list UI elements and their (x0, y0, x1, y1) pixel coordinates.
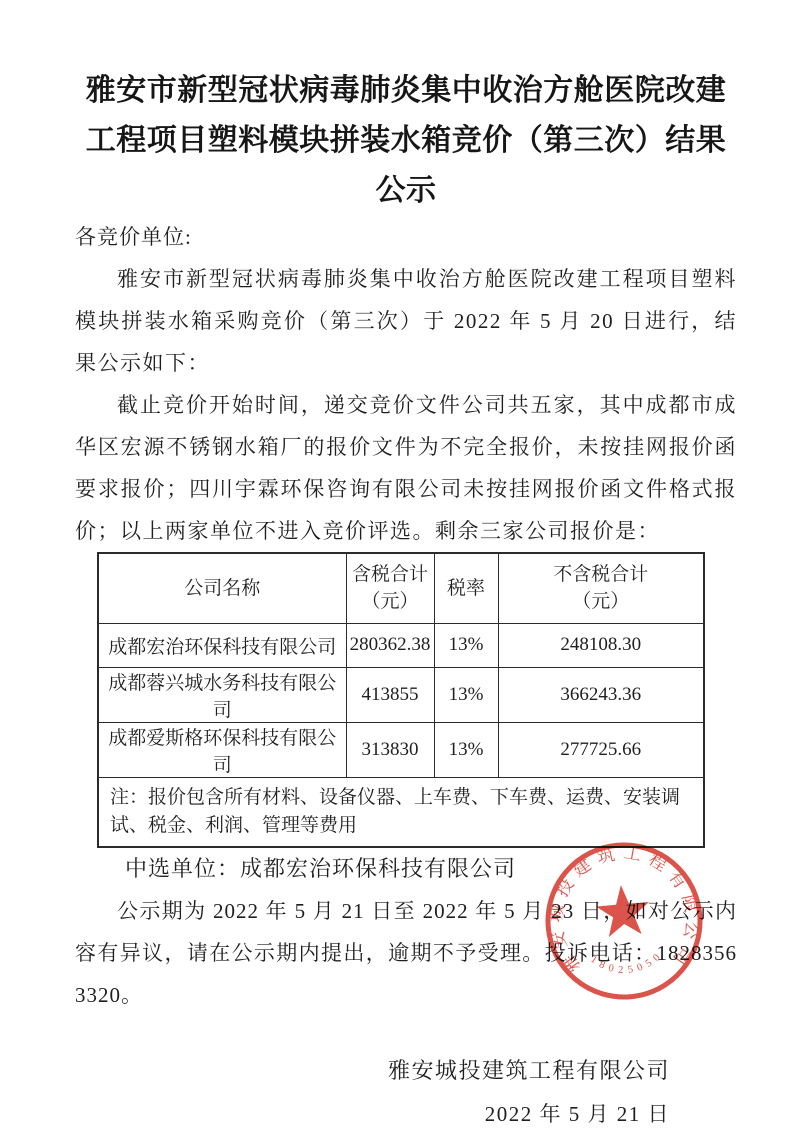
issuer-signature: 雅安城投建筑工程有限公司 (75, 1050, 670, 1092)
publicity-paragraph: 公示期为 2022 年 5 月 21 日至 2022 年 5 月 23 日，如对… (75, 890, 737, 1016)
cell-company: 成都蓉兴城水务科技有限公司 (98, 667, 346, 722)
cell-tax-rate: 13% (434, 667, 498, 722)
cell-total-with-tax: 313830 (346, 722, 434, 777)
cell-company: 成都爱斯格环保科技有限公司 (98, 722, 346, 777)
table-row: 成都宏治环保科技有限公司 280362.38 13% 248108.30 (98, 623, 704, 667)
header-total-without-tax: 不含税合计 （元） (498, 553, 704, 623)
bid-results-table: 公司名称 含税合计 （元） 税率 不含税合计 （元） 成都宏治环保科技有限公司 … (97, 552, 705, 848)
document-title: 雅安市新型冠状病毒肺炎集中收治方舱医院改建工程项目塑料模块拼装水箱竞价（第三次）… (75, 66, 737, 216)
cell-total-without-tax: 366243.36 (498, 667, 704, 722)
header-company-name: 公司名称 (98, 553, 346, 623)
table-note-row: 注：报价包含所有材料、设备仪器、上车费、下车费、运费、安装调试、税金、利润、管理… (98, 777, 704, 847)
table-row: 成都蓉兴城水务科技有限公司 413855 13% 366243.36 (98, 667, 704, 722)
salutation-line: 各竞价单位: (75, 216, 737, 258)
table-header-row: 公司名称 含税合计 （元） 税率 不含税合计 （元） (98, 553, 704, 623)
cell-total-without-tax: 277725.66 (498, 722, 704, 777)
cell-company: 成都宏治环保科技有限公司 (98, 623, 346, 667)
cell-total-with-tax: 280362.38 (346, 623, 434, 667)
table-row: 成都爱斯格环保科技有限公司 313830 13% 277725.66 (98, 722, 704, 777)
header-tax-rate: 税率 (434, 553, 498, 623)
cell-tax-rate: 13% (434, 722, 498, 777)
evaluation-paragraph: 截止竞价开始时间，递交竞价文件公司共五家，其中成都市成华区宏源不锈钢水箱厂的报价… (75, 384, 737, 552)
issue-date: 2022 年 5 月 21 日 (75, 1092, 670, 1131)
cell-total-without-tax: 248108.30 (498, 623, 704, 667)
header-total-with-tax: 含税合计 （元） (346, 553, 434, 623)
selected-supplier-line: 中选单位：成都宏治环保科技有限公司 (75, 848, 737, 890)
signature-block: 雅安城投建筑工程有限公司 2022 年 5 月 21 日 (75, 1050, 737, 1131)
opening-paragraph: 雅安市新型冠状病毒肺炎集中收治方舱医院改建工程项目塑料模块拼装水箱采购竞价（第三… (75, 258, 737, 384)
cell-total-with-tax: 413855 (346, 667, 434, 722)
table-note: 注：报价包含所有材料、设备仪器、上车费、下车费、运费、安装调试、税金、利润、管理… (98, 777, 704, 847)
cell-tax-rate: 13% (434, 623, 498, 667)
document-page: 雅安市新型冠状病毒肺炎集中收治方舱医院改建工程项目塑料模块拼装水箱竞价（第三次）… (0, 0, 800, 1131)
